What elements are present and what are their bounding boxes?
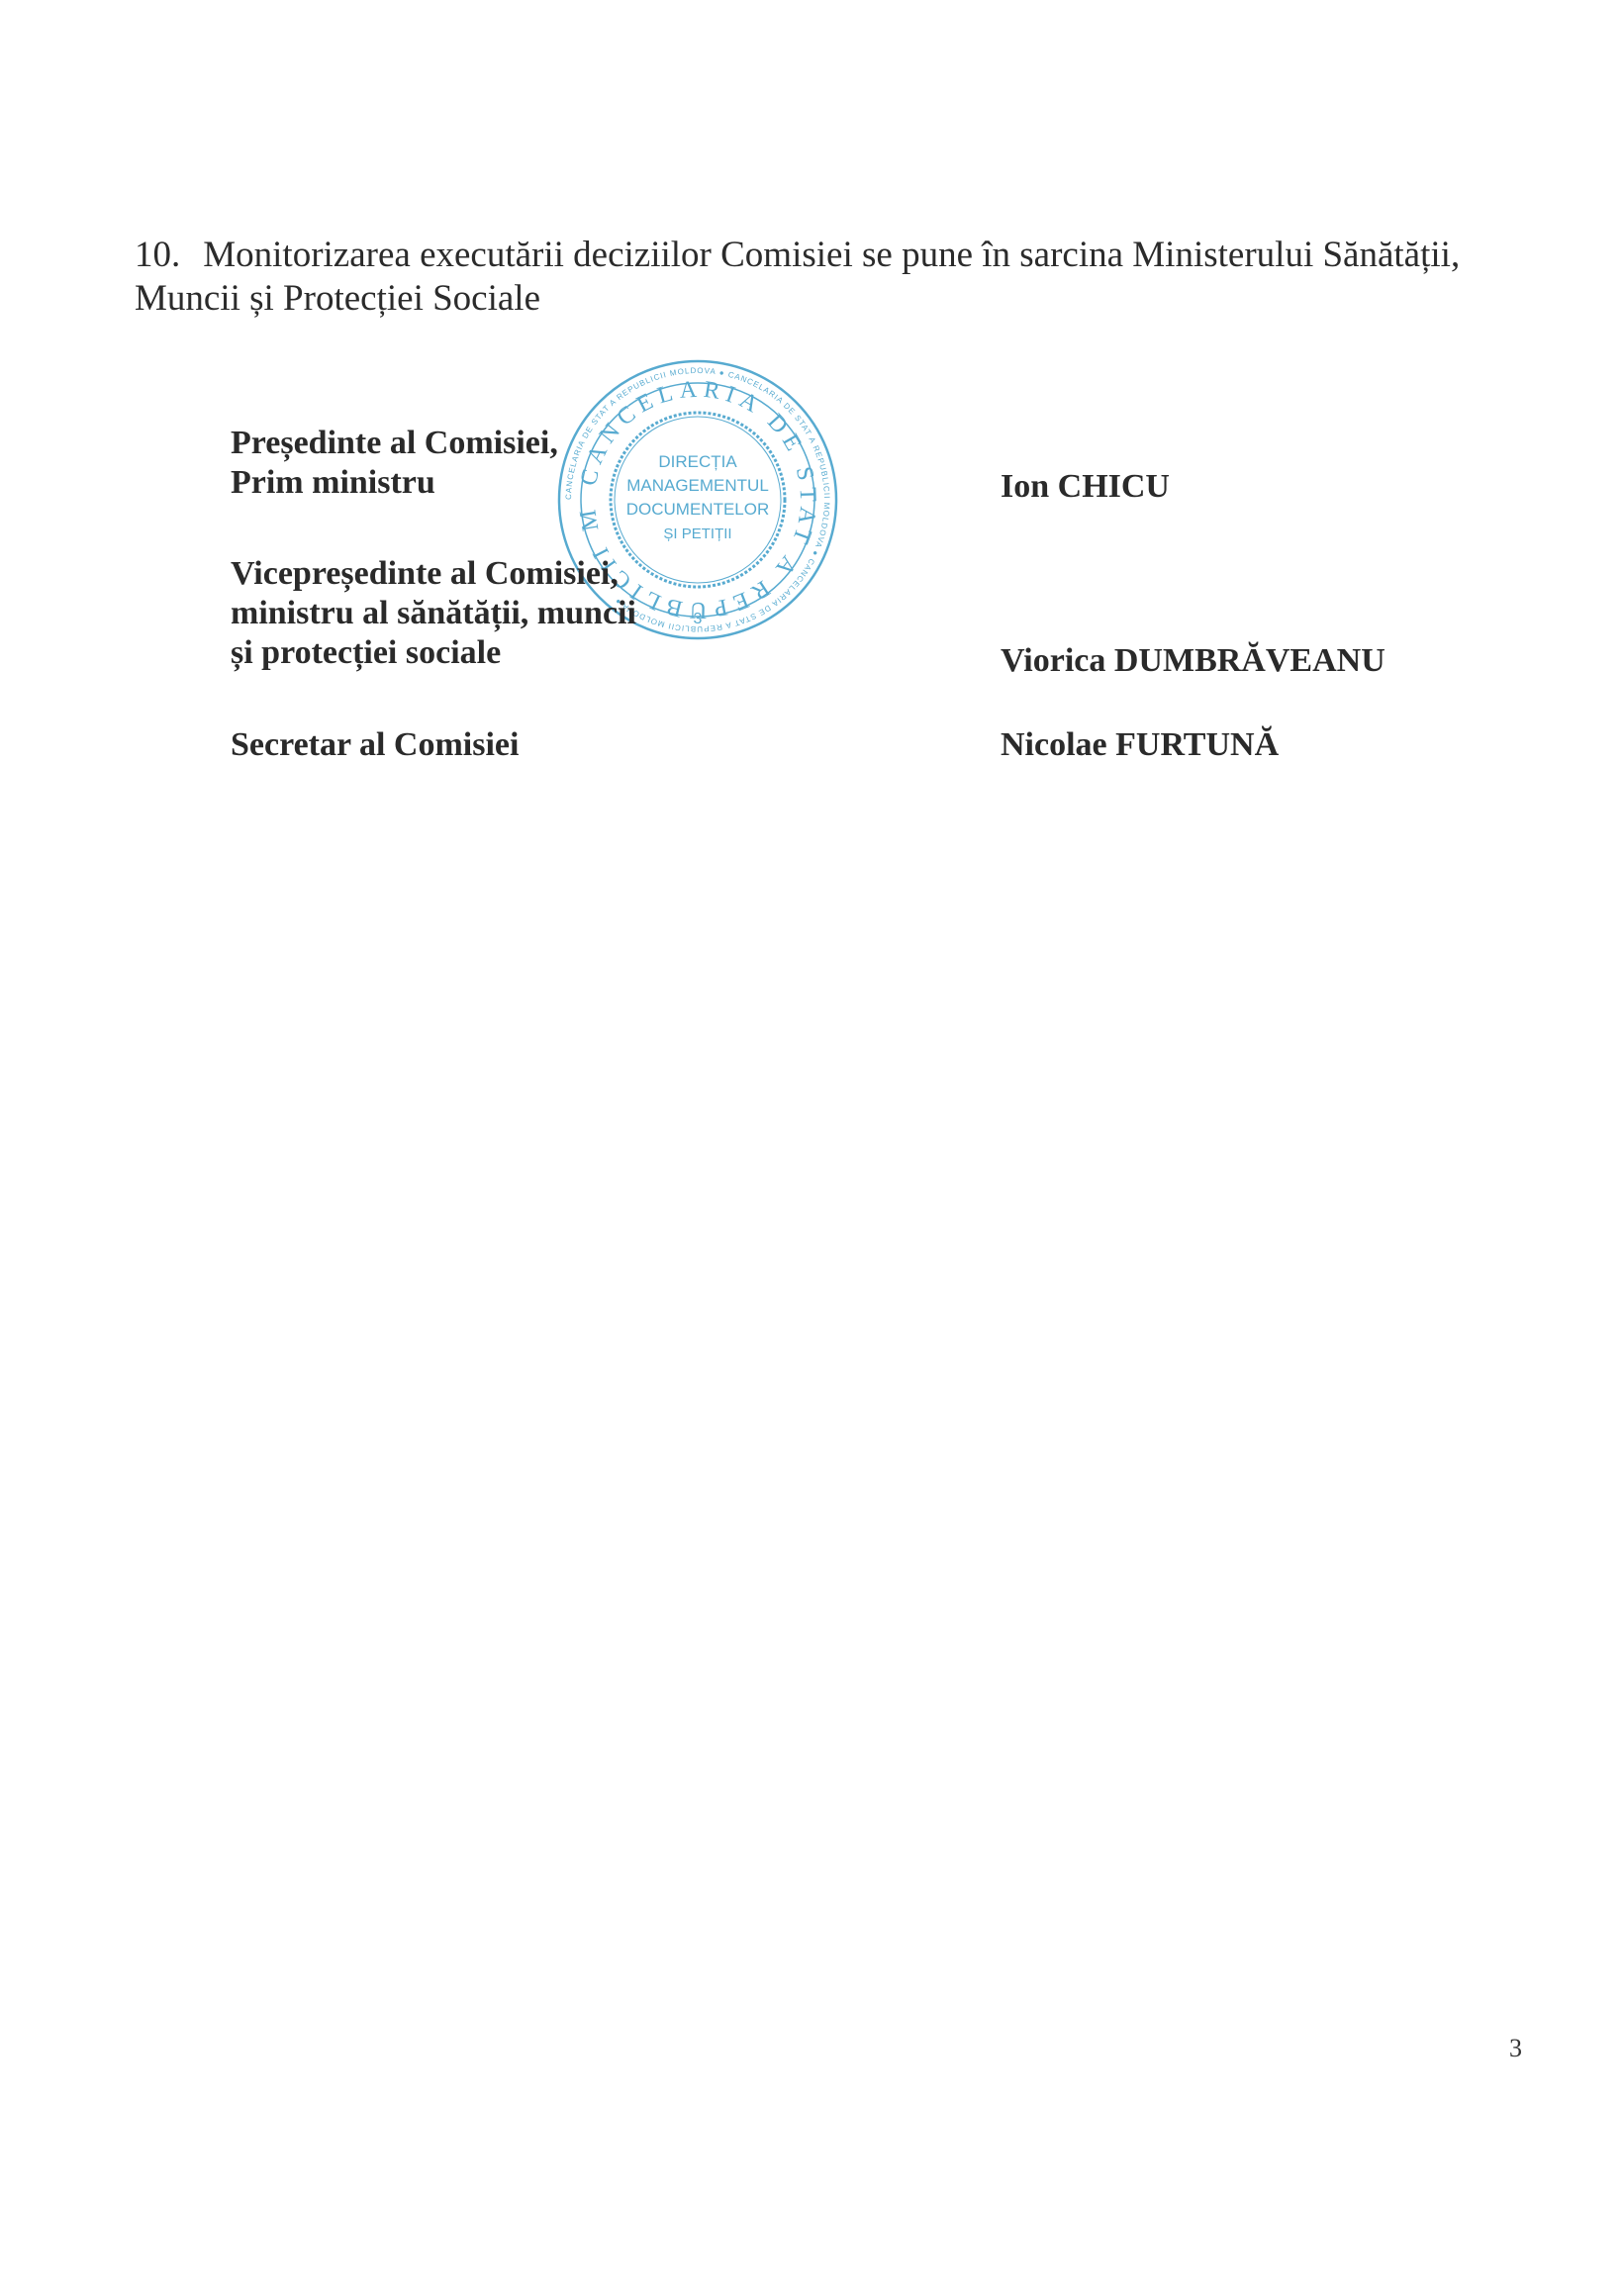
signature-title-president: Președinte al Comisiei, Prim ministru — [231, 424, 558, 503]
paragraph-text-line2: Muncii și Protecției Sociale — [135, 278, 540, 319]
document-page: 10. Monitorizarea executării deciziilor … — [0, 0, 1624, 2292]
paragraph-10: 10. Monitorizarea executării deciziilor … — [135, 234, 1540, 321]
stamp-line: ȘI PETIȚII — [663, 525, 731, 542]
stamp-line: MANAGEMENTUL — [626, 476, 769, 495]
title-line: Președinte al Comisiei, — [231, 424, 558, 463]
title-line: și protecției sociale — [231, 633, 636, 673]
stamp-line: DOCUMENTELOR — [626, 500, 770, 519]
title-line: Vicepreședinte al Comisiei, — [231, 554, 636, 594]
page-number: 3 — [1509, 2034, 1522, 2063]
paragraph-text-line1: Monitorizarea executării deciziilor Comi… — [203, 235, 1460, 275]
stamp-number: 3 — [694, 611, 703, 627]
signature-name-vice-president: Viorica DUMBRĂVEANU — [1001, 641, 1385, 681]
signature-title-secretary: Secretar al Comisiei — [231, 725, 519, 765]
signature-title-vice-president: Vicepreședinte al Comisiei, ministru al … — [231, 554, 636, 673]
signature-name-secretary: Nicolae FURTUNĂ — [1001, 725, 1279, 765]
signature-name-president: Ion CHICU — [1001, 467, 1170, 507]
title-line: Secretar al Comisiei — [231, 725, 519, 765]
title-line: Prim ministru — [231, 463, 558, 503]
paragraph-number: 10. — [135, 234, 194, 277]
title-line: ministru al sănătății, muncii — [231, 594, 636, 633]
stamp-line: DIRECȚIA — [658, 452, 737, 471]
